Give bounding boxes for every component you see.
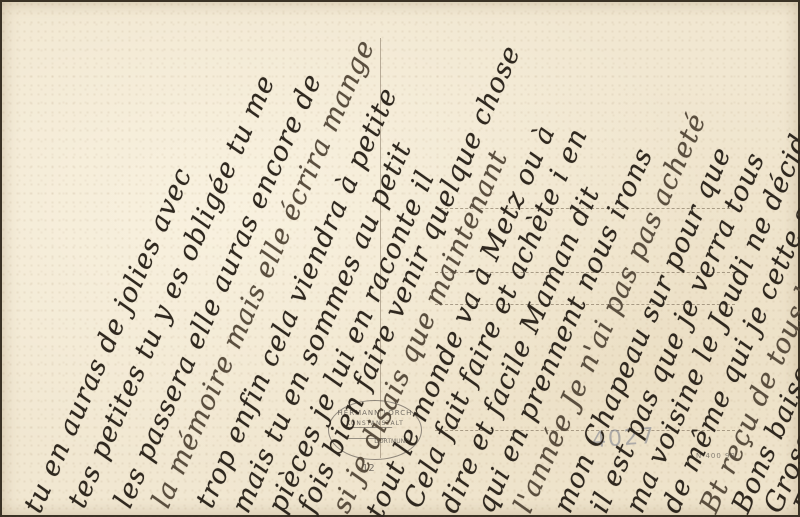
postcard-back: HERMANN LORCH KUNSTANSTALT DORTMUND 12 4… — [0, 0, 800, 517]
